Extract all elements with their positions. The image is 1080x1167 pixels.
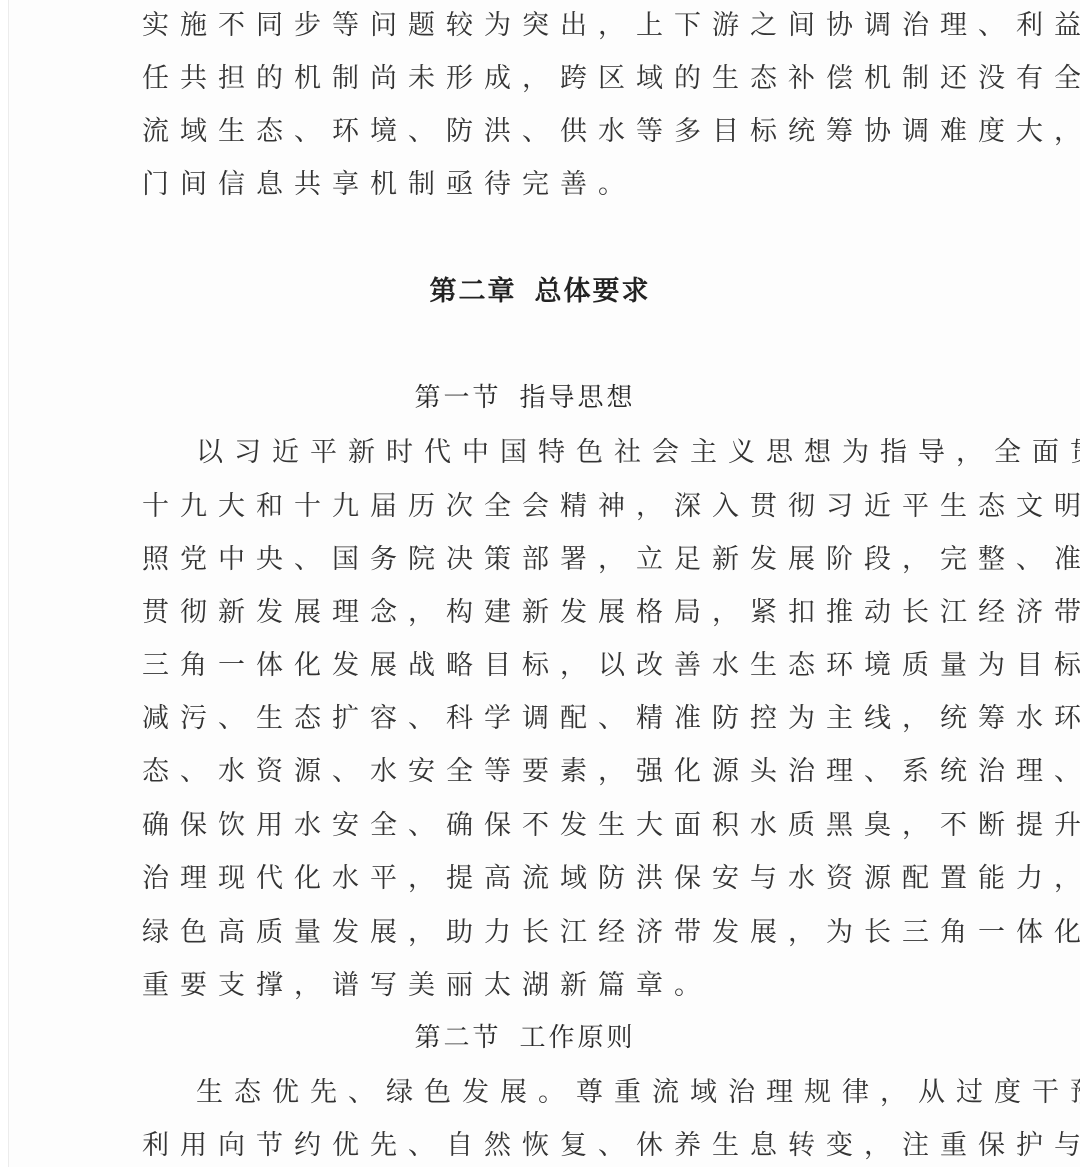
section-heading-working-principles: 第二节工作原则 [0, 1018, 1050, 1058]
chapter-heading: 第二章总体要求 [0, 272, 1080, 312]
text-line: 态、水资源、水安全等要素，强化源头治理、系统治理、协同治理， [142, 745, 914, 798]
text-line: 三角一体化发展战略目标，以改善水生态环境质量为目标，以控源 [142, 639, 914, 692]
text-line: 重要支撑，谱写美丽太湖新篇章。 [142, 959, 914, 1012]
chapter-number: 第二章 [430, 276, 517, 307]
text-line: 十九大和十九届历次全会精神，深入贯彻习近平生态文明思想，按 [142, 480, 914, 533]
section-number: 第一节 [414, 383, 501, 413]
text-line: 任共担的机制尚未形成，跨区域的生态补偿机制还没有全面建立。 [142, 52, 914, 105]
text-line: 流域生态、环境、防洪、供水等多目标统筹协调难度大，地方和部 [142, 105, 914, 158]
text-line: 门间信息共享机制亟待完善。 [142, 158, 914, 211]
chapter-title: 总体要求 [535, 276, 651, 307]
text-line: 治理现代化水平，提高流域防洪保安与水资源配置能力，推进流域 [142, 852, 914, 905]
text-line: 利用向节约优先、自然恢复、休养生息转变，注重保护与发展的协 [142, 1119, 914, 1167]
section-number: 第二节 [414, 1023, 501, 1053]
section-heading-guiding-ideology: 第一节指导思想 [0, 378, 1050, 418]
section-title: 指导思想 [520, 383, 636, 413]
text-line: 确保饮用水安全、确保不发生大面积水质黑臭，不断提升生态环境 [142, 799, 914, 852]
text-line: 贯彻新发展理念，构建新发展格局，紧扣推动长江经济带发展和长 [142, 586, 914, 639]
text-line: 以习近平新时代中国特色社会主义思想为指导，全面贯彻党的 [196, 426, 914, 479]
text-line: 减污、生态扩容、科学调配、精准防控为主线，统筹水环境、水生 [142, 692, 914, 745]
section-title: 工作原则 [520, 1023, 636, 1053]
text-line: 照党中央、国务院决策部署，立足新发展阶段，完整、准确、全面 [142, 533, 914, 586]
text-line: 实施不同步等问题较为突出，上下游之间协调治理、利益共享、责 [142, 0, 914, 52]
text-line: 绿色高质量发展，助力长江经济带发展，为长三角一体化发展提供 [142, 906, 914, 959]
text-line: 生态优先、绿色发展。尊重流域治理规律，从过度干预、过度 [196, 1066, 914, 1119]
